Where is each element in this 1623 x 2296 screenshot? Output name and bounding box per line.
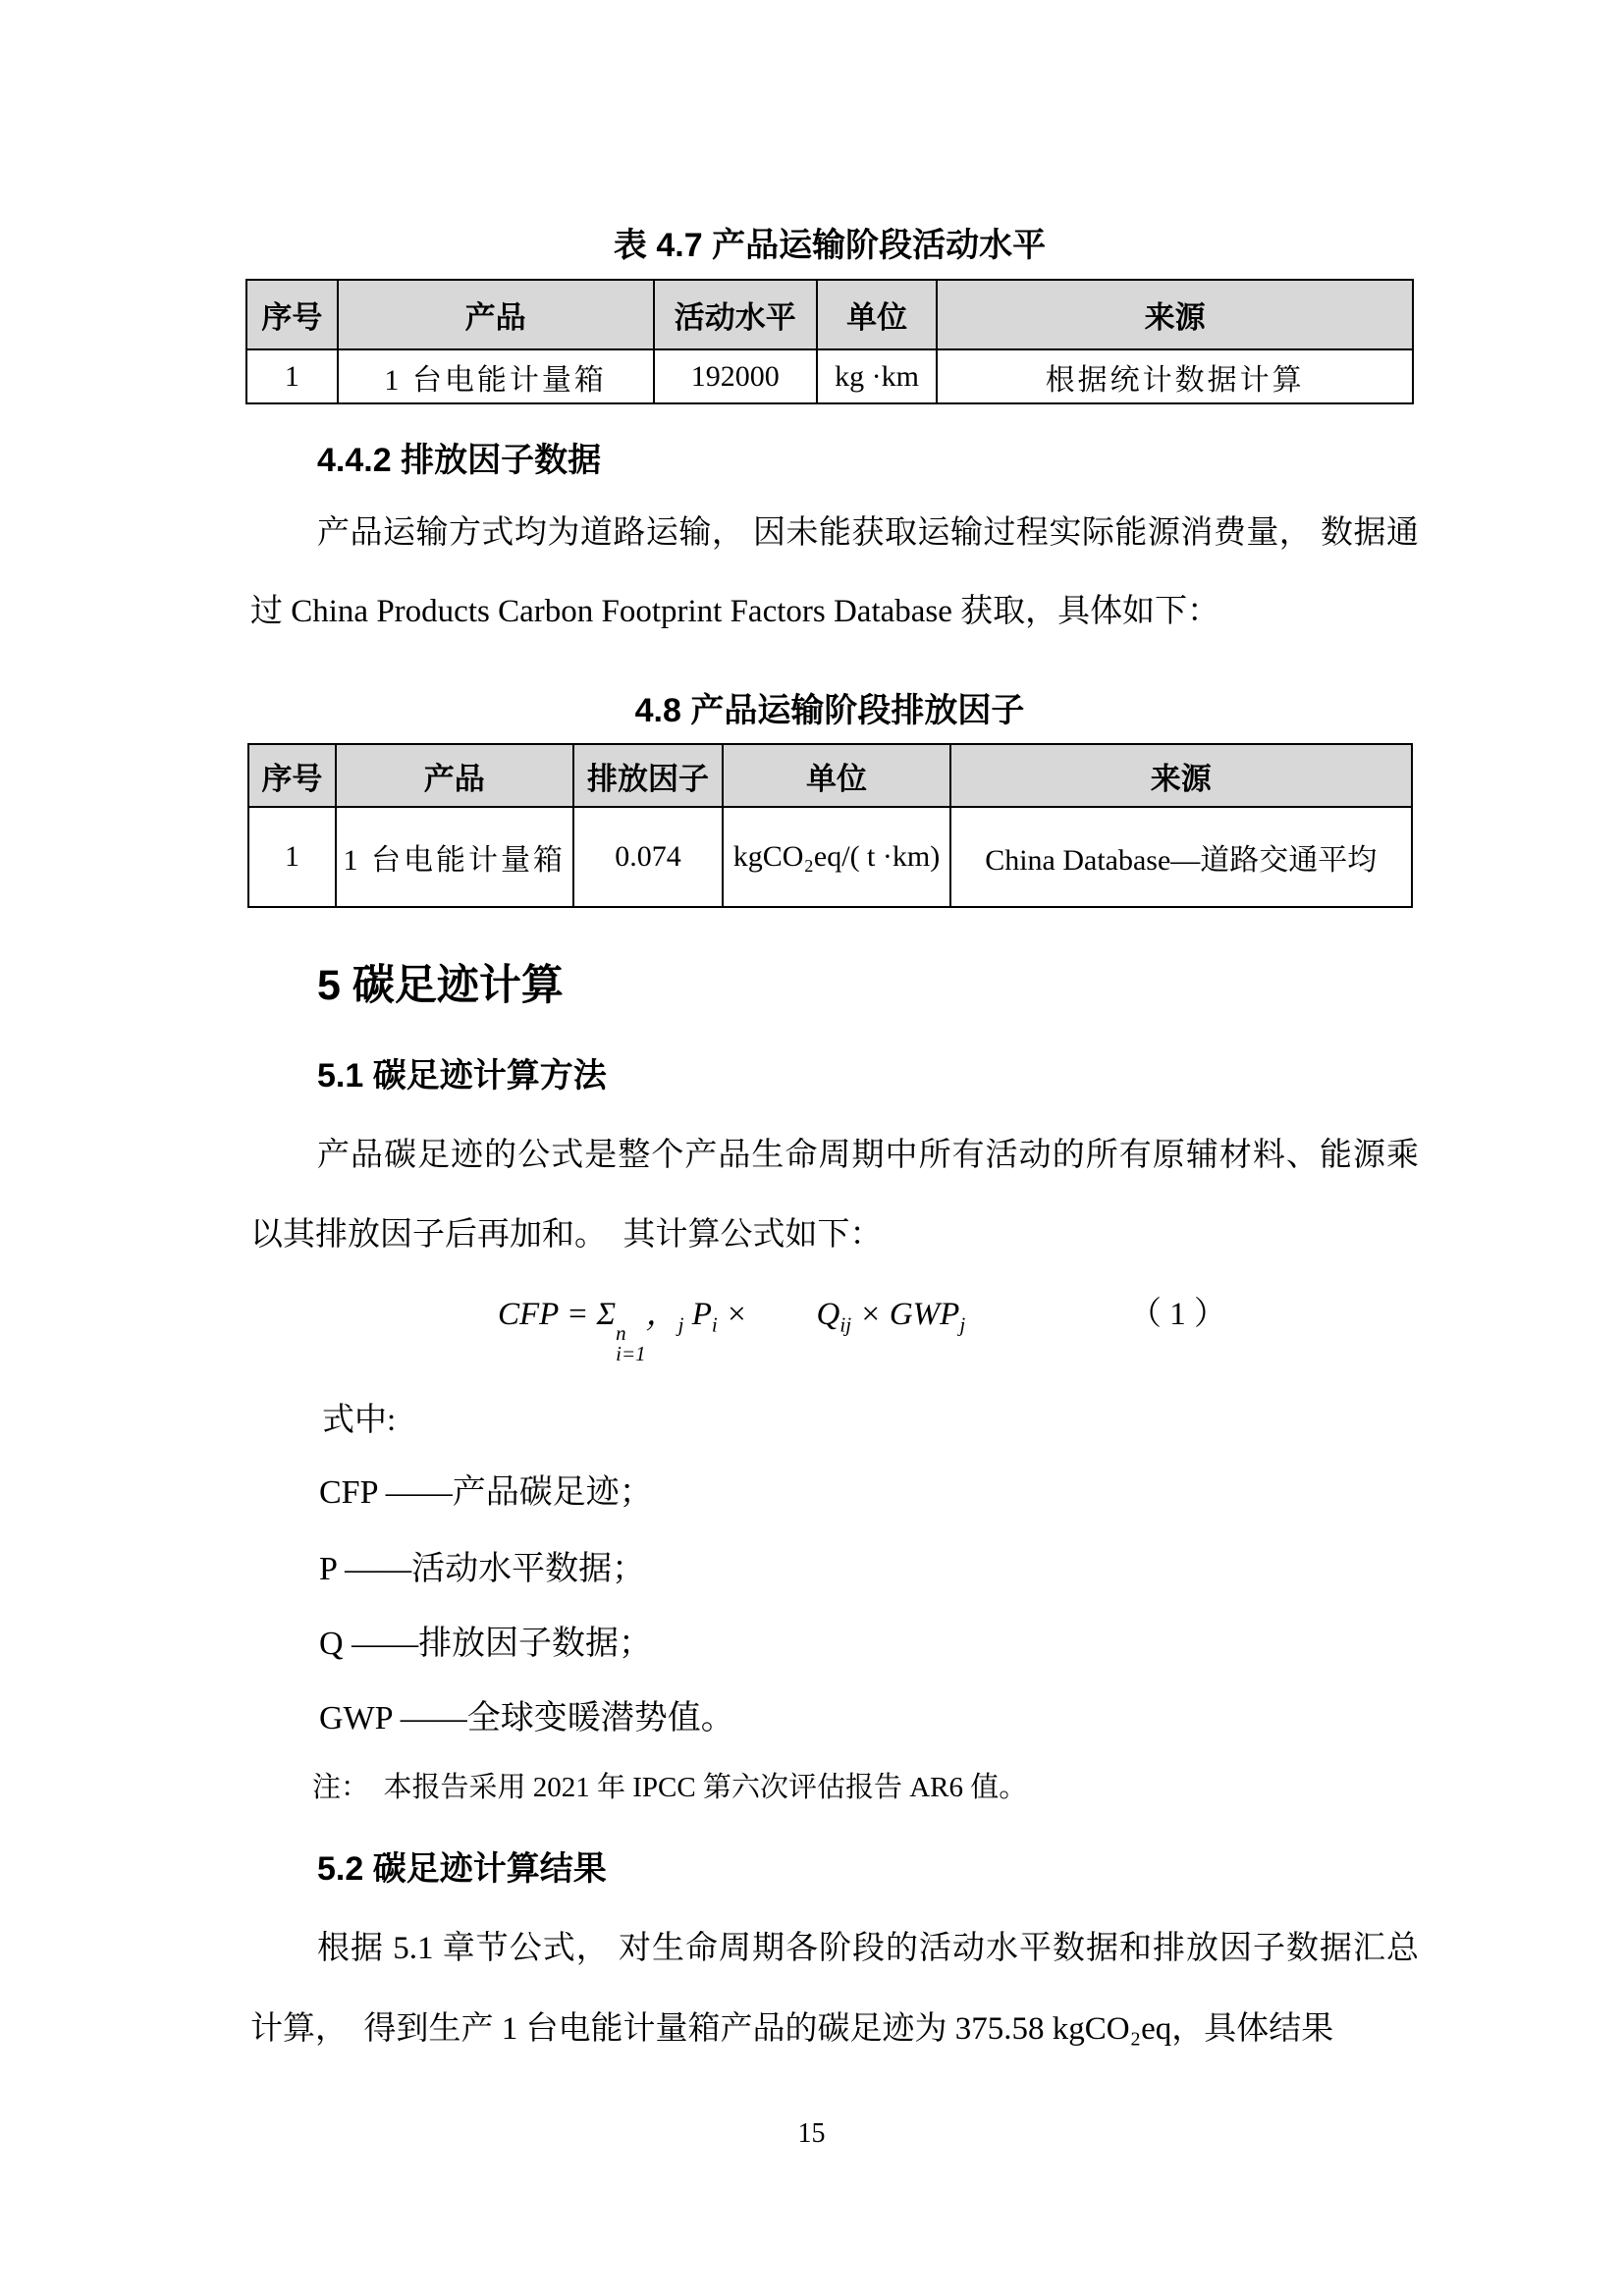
cell-emission-factor: 0.074 [573, 807, 724, 907]
formula-p: P [684, 1297, 712, 1332]
paragraph-line: 产品碳足迹的公式是整个产品生命周期中所有活动的所有原辅材料、能源乘 [250, 1129, 1419, 1175]
times-sign: × [851, 1297, 890, 1332]
formula-comma: ， [646, 1297, 678, 1332]
column-header: 活动水平 [654, 280, 817, 349]
def-dash: —— [352, 1626, 418, 1662]
section-5-2-heading: 5.2 碳足迹计算结果 [250, 1842, 1419, 1890]
equation-number: （ 1 ） [1129, 1288, 1226, 1334]
formula-gwp: GWP [890, 1297, 959, 1332]
formula-q-sub: ij [839, 1313, 851, 1337]
column-header: 产品 [338, 280, 654, 349]
cell-index: 1 [246, 349, 338, 403]
cell-index: 1 [248, 807, 336, 907]
cell-source: China Database—道路交通平均 [950, 807, 1412, 907]
column-header: 产品 [336, 744, 573, 807]
table-4-7-caption: 表 4.7 产品运输阶段活动水平 [245, 218, 1414, 266]
def-desc: 全球变暖潜势值。 [467, 1700, 734, 1736]
formula-q: Q [817, 1297, 840, 1332]
cell-unit: kg ·km [817, 349, 937, 403]
sigma-symbol: Σ [597, 1297, 617, 1332]
table-4-8-header-row: 序号 产品 排放因子 单位 来源 [248, 744, 1412, 807]
cell-activity-level: 192000 [654, 349, 817, 403]
definition-p: P ——活动水平数据； [319, 1541, 645, 1589]
column-header: 单位 [817, 280, 937, 349]
formula-gwp-sub: j [959, 1313, 965, 1337]
def-desc: 排放因子数据； [418, 1626, 652, 1662]
def-dash: —— [386, 1474, 453, 1511]
column-header: 排放因子 [573, 744, 724, 807]
cell-source: 根据统计数据计算 [937, 349, 1413, 403]
sigma-upper: n [616, 1323, 626, 1344]
times-sign: × [718, 1297, 756, 1332]
definition-cfp: CFP ——产品碳足迹； [319, 1465, 653, 1513]
def-term: P [319, 1551, 345, 1587]
section-5-heading: 5 碳足迹计算 [250, 952, 1419, 1012]
paragraph-line: 产品运输方式均为道路运输， 因未能获取运输过程实际能源消费量， 数据通 [250, 507, 1419, 553]
sigma-lower: i=1 [616, 1344, 646, 1364]
def-dash: —— [345, 1551, 411, 1587]
note-line: 注： 本报告采用 2021 年 IPCC 第六次评估报告 AR6 值。 [312, 1765, 1027, 1805]
cell-unit: kgCO₂eq/( t ·km) [723, 807, 949, 907]
def-term: Q [319, 1626, 352, 1662]
column-header: 序号 [246, 280, 338, 349]
column-header: 来源 [950, 744, 1412, 807]
definition-gwp: GWP ——全球变暖潜势值。 [319, 1690, 734, 1738]
cell-product: 1 台电能计量箱 [336, 807, 573, 907]
section-5-1-heading: 5.1 碳足迹计算方法 [250, 1048, 1419, 1096]
where-label: 式中: [322, 1394, 396, 1440]
cell-product: 1 台电能计量箱 [338, 349, 654, 403]
section-4-4-2-heading: 4.4.2 排放因子数据 [250, 433, 1419, 481]
def-desc: 活动水平数据； [411, 1551, 645, 1587]
document-page: 表 4.7 产品运输阶段活动水平 序号 产品 活动水平 单位 来源 1 1 台电… [0, 0, 1623, 2296]
formula-1: CFP = Σni=1，j Pi × Qij × GWPj （ 1 ） [245, 1288, 1414, 1366]
formula-equals: = [559, 1297, 597, 1332]
def-desc: 产品碳足迹； [453, 1474, 653, 1511]
paragraph-line: 计算， 得到生产 1 台电能计量箱产品的碳足迹为 375.58 kgCO₂eq，… [250, 2002, 1419, 2049]
def-dash: —— [401, 1700, 467, 1736]
table-row: 1 1 台电能计量箱 192000 kg ·km 根据统计数据计算 [246, 349, 1413, 403]
formula-cfp: CFP [498, 1297, 559, 1332]
paragraph-line: 根据 5.1 章节公式， 对生命周期各阶段的活动水平数据和排放因子数据汇总 [250, 1922, 1419, 1968]
table-4-7-header-row: 序号 产品 活动水平 单位 来源 [246, 280, 1413, 349]
def-term: CFP [319, 1474, 386, 1511]
column-header: 单位 [723, 744, 949, 807]
table-4-7: 序号 产品 活动水平 单位 来源 1 1 台电能计量箱 192000 kg ·k… [245, 279, 1414, 404]
definition-q: Q ——排放因子数据； [319, 1616, 652, 1664]
def-term: GWP [319, 1700, 401, 1736]
table-4-8-caption: 4.8 产品运输阶段排放因子 [245, 683, 1414, 731]
table-4-8: 序号 产品 排放因子 单位 来源 1 1 台电能计量箱 0.074 kgCO₂e… [247, 743, 1413, 908]
page-number: 15 [0, 2118, 1623, 2150]
sigma-limits: ni=1 [616, 1323, 646, 1364]
paragraph-line: 过 China Products Carbon Footprint Factor… [250, 585, 1419, 631]
column-header: 来源 [937, 280, 1413, 349]
table-row: 1 1 台电能计量箱 0.074 kgCO₂eq/( t ·km) China … [248, 807, 1412, 907]
column-header: 序号 [248, 744, 336, 807]
formula-math: CFP = Σni=1，j Pi × Qij × GWPj [498, 1288, 965, 1364]
paragraph-line: 以其排放因子后再加和。 其计算公式如下： [250, 1208, 1419, 1255]
